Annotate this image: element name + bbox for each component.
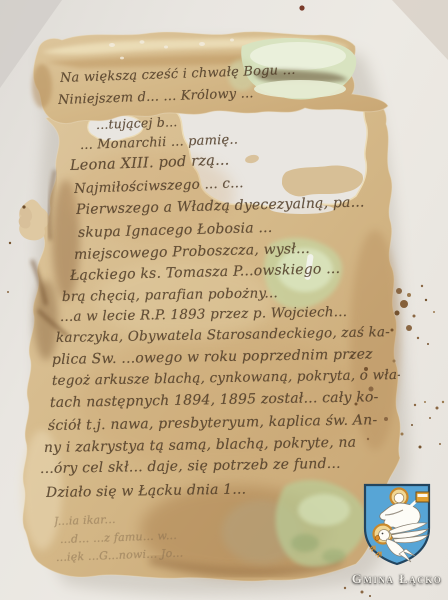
manuscript-signature-line: ...ięk ...G...nowi... Jo... (56, 543, 312, 564)
saint-head (394, 493, 404, 503)
manuscript-line: tegoż arkusze blachą, cynkowaną, pokryta… (52, 368, 400, 389)
eagle-eye (382, 533, 384, 535)
manuscript-signature-line: ...d... ...z famu... w... (60, 526, 298, 546)
manuscript-line: ściół t.j. nawa, presbyteryum, kaplica ś… (48, 413, 402, 435)
manuscript-line: Niniejszem d... ... Królowy ... (58, 85, 326, 109)
manuscript-line: ...tującej b... (96, 115, 188, 132)
manuscript-line: ...a w lecie R.P. 1893 przez p. Wojciech… (60, 304, 392, 325)
manuscript-line: Leona XIII. pod rzą... (70, 153, 248, 175)
manuscript-line: Najmiłościwszego ... c... (74, 175, 262, 196)
manuscript-line: ...óry cel skł... daje, się potrzeb ze f… (40, 456, 368, 477)
coat-of-arms-shield (358, 482, 436, 570)
manuscript-signature-line: J...ia ikar... (54, 510, 222, 528)
manuscript-line: Działo się w Łącku dnia 1... (46, 482, 302, 502)
photo-scene: Na większą cześć i chwałę Bogu ... Ninie… (0, 0, 448, 600)
manuscript-line: Pierwszego a Władzą dyecezyalną, pa... (76, 195, 388, 219)
manuscript-line: plica Św. ...owego w roku poprzednim prz… (52, 347, 396, 368)
manuscript-line: Na większą cześć i chwałę Bogu ... (60, 63, 332, 87)
manuscript-line: karczyka, Obywatela Starosandeckiego, za… (56, 325, 398, 346)
manuscript-line: ... Monarchii ... pamię... (80, 133, 238, 153)
manuscript-line: tach następnych 1894, 1895 został... cał… (50, 390, 400, 411)
manuscript-line: skupa Ignacego Łobosia ... (78, 220, 318, 242)
manuscript-line: miejscowego Proboszcza, wysł... (74, 240, 382, 263)
manuscript-line: Łąckiego ks. Tomasza P...owskiego ... (70, 261, 392, 285)
watermark-title: Gmina Łącko (348, 571, 446, 587)
manuscript-line: ny i zakrystya tą samą, blachą, pokryte,… (44, 435, 396, 457)
manuscript-line: brą chęcią, parafian pobożny... (62, 284, 390, 305)
gmina-lacko-watermark: Gmina Łącko (348, 482, 446, 586)
